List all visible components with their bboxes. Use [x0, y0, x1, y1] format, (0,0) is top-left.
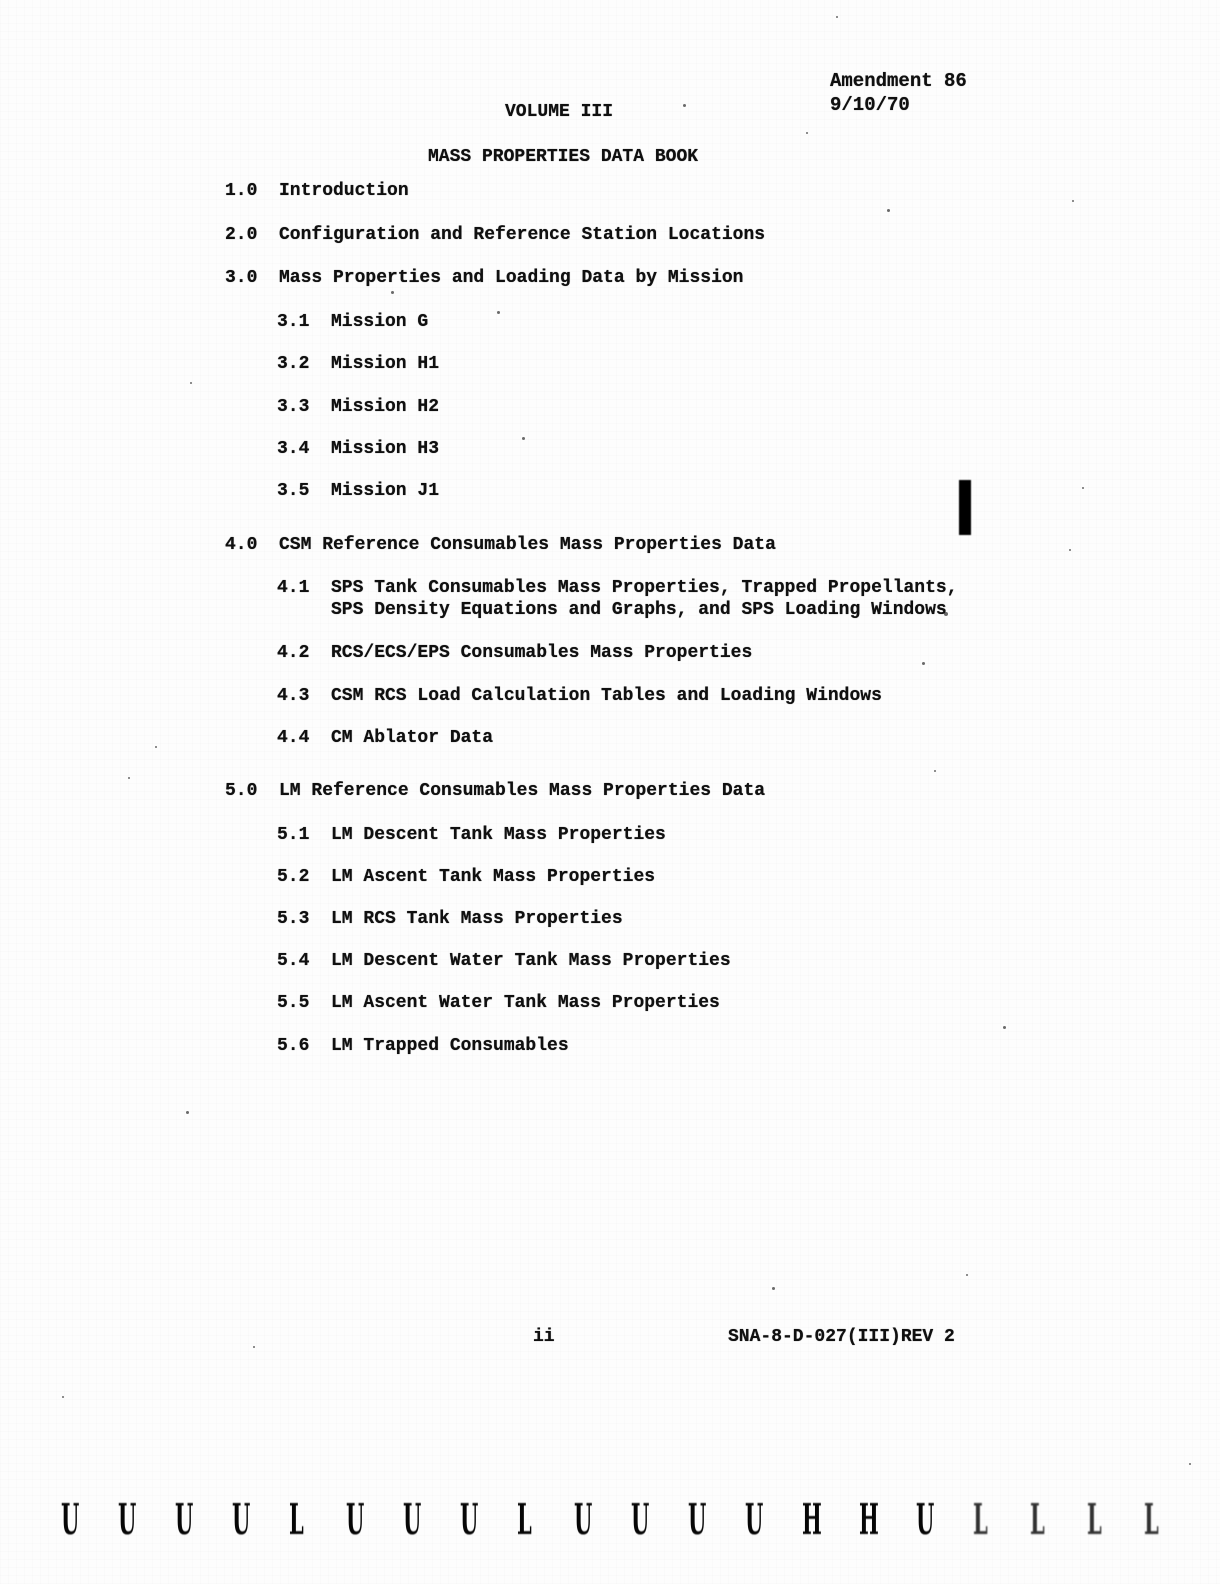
toc-item-number: 3.2 [277, 353, 331, 375]
toc-item-label: LM Reference Consumables Mass Properties… [279, 781, 765, 801]
film-edge-mark: U [745, 1500, 763, 1540]
toc-item-3.3: 3.3Mission H2 [277, 396, 439, 418]
toc-item-number: 4.2 [277, 642, 331, 664]
film-edge-mark: L [973, 1500, 988, 1540]
toc-item-label-line2: SPS Density Equations and Graphs, and SP… [331, 599, 958, 621]
page-number: ii [533, 1326, 555, 1348]
toc-item-5.2: 5.2LM Ascent Tank Mass Properties [277, 866, 655, 888]
toc-item-label: LM RCS Tank Mass Properties [331, 909, 623, 929]
toc-item-3.1: 3.1Mission G [277, 311, 428, 333]
toc-item-number: 5.3 [277, 908, 331, 930]
volume-title: VOLUME III [505, 101, 613, 123]
toc-item-label: LM Ascent Tank Mass Properties [331, 867, 655, 887]
toc-item-number: 4.3 [277, 685, 331, 707]
toc-item-4.0: 4.0CSM Reference Consumables Mass Proper… [225, 534, 776, 556]
toc-item-number: 3.4 [277, 438, 331, 460]
film-edge-mark: U [118, 1500, 136, 1540]
toc-item-number: 1.0 [225, 180, 279, 202]
toc-item-label: Introduction [279, 181, 409, 201]
toc-item-4.1: 4.1SPS Tank Consumables Mass Properties,… [277, 577, 958, 621]
book-title: MASS PROPERTIES DATA BOOK [428, 146, 698, 168]
toc-item-2.0: 2.0Configuration and Reference Station L… [225, 224, 765, 246]
scan-speck [1189, 1463, 1191, 1465]
scan-speck [391, 291, 394, 294]
toc-item-label: LM Descent Water Tank Mass Properties [331, 951, 731, 971]
toc-item-4.2: 4.2RCS/ECS/EPS Consumables Mass Properti… [277, 642, 752, 664]
scan-speck [128, 777, 130, 779]
film-edge-mark: U [346, 1500, 364, 1540]
scan-speck [190, 382, 192, 384]
film-edge-mark: U [403, 1500, 421, 1540]
toc-item-number: 5.2 [277, 866, 331, 888]
scan-speck [186, 1111, 189, 1114]
film-edge-mark: U [631, 1500, 649, 1540]
film-edge-mark: U [232, 1500, 250, 1540]
toc-item-label: Mission H2 [331, 397, 439, 417]
toc-item-label: LM Trapped Consumables [331, 1036, 569, 1056]
toc-item-number: 5.6 [277, 1035, 331, 1057]
toc-item-number: 5.4 [277, 950, 331, 972]
toc-item-number: 4.4 [277, 727, 331, 749]
toc-item-label: Mission G [331, 312, 428, 332]
toc-item-4.4: 4.4CM Ablator Data [277, 727, 493, 749]
toc-item-5.5: 5.5LM Ascent Water Tank Mass Properties [277, 992, 720, 1014]
toc-item-number: 5.0 [225, 780, 279, 802]
toc-item-number: 4.0 [225, 534, 279, 556]
film-edge-mark: L [289, 1500, 304, 1540]
toc-item-label: Mass Properties and Loading Data by Miss… [279, 268, 743, 288]
scan-speck [497, 311, 500, 314]
scan-speck [62, 1396, 64, 1398]
film-edge-mark: L [1087, 1500, 1102, 1540]
toc-item-label: Mission H1 [331, 354, 439, 374]
film-edge-mark: U [574, 1500, 592, 1540]
film-edge-mark: L [517, 1500, 532, 1540]
toc-item-3.0: 3.0Mass Properties and Loading Data by M… [225, 267, 743, 289]
scan-speck [887, 209, 890, 212]
toc-item-number: 5.5 [277, 992, 331, 1014]
toc-item-4.3: 4.3CSM RCS Load Calculation Tables and L… [277, 685, 882, 707]
scan-speck [944, 612, 948, 616]
scan-speck [683, 104, 686, 107]
scan-speck [1003, 1026, 1006, 1029]
scan-speck [1082, 487, 1084, 489]
toc-item-number: 3.5 [277, 480, 331, 502]
toc-item-3.5: 3.5Mission J1 [277, 480, 439, 502]
toc-item-3.4: 3.4Mission H3 [277, 438, 439, 460]
document-number: SNA-8-D-027(III)REV 2 [728, 1326, 955, 1348]
toc-item-5.6: 5.6LM Trapped Consumables [277, 1035, 569, 1057]
toc-item-1.0: 1.0Introduction [225, 180, 409, 202]
toc-item-number: 5.1 [277, 824, 331, 846]
toc-item-label: LM Ascent Water Tank Mass Properties [331, 993, 720, 1013]
amendment-label: Amendment 86 [830, 70, 967, 92]
toc-item-label: SPS Tank Consumables Mass Properties, Tr… [331, 578, 958, 598]
film-edge-mark: U [175, 1500, 193, 1540]
toc-item-5.3: 5.3LM RCS Tank Mass Properties [277, 908, 623, 930]
film-edge-mark: H [802, 1500, 822, 1540]
scan-speck [836, 16, 838, 18]
film-edge-mark: L [1144, 1500, 1159, 1540]
toc-item-label: CM Ablator Data [331, 728, 493, 748]
toc-item-label: Mission H3 [331, 439, 439, 459]
toc-item-label: CSM RCS Load Calculation Tables and Load… [331, 686, 882, 706]
toc-item-5.4: 5.4LM Descent Water Tank Mass Properties [277, 950, 731, 972]
toc-item-label: Mission J1 [331, 481, 439, 501]
toc-item-label: CSM Reference Consumables Mass Propertie… [279, 535, 776, 555]
toc-item-number: 3.0 [225, 267, 279, 289]
scan-speck [155, 746, 157, 748]
scan-speck [806, 132, 808, 134]
toc-item-label: RCS/ECS/EPS Consumables Mass Properties [331, 643, 752, 663]
scan-speck [253, 1346, 255, 1348]
scan-speck [1069, 549, 1071, 551]
toc-item-5.1: 5.1LM Descent Tank Mass Properties [277, 824, 666, 846]
film-edge-mark: U [61, 1500, 79, 1540]
film-edge-mark: U [688, 1500, 706, 1540]
toc-item-number: 3.3 [277, 396, 331, 418]
toc-item-label: Configuration and Reference Station Loca… [279, 225, 765, 245]
toc-item-5.0: 5.0LM Reference Consumables Mass Propert… [225, 780, 765, 802]
film-edge-mark: U [916, 1500, 934, 1540]
toc-item-3.2: 3.2Mission H1 [277, 353, 439, 375]
scan-speck [934, 770, 936, 772]
scan-speck [1072, 200, 1074, 202]
scan-speck [522, 437, 525, 440]
toc-item-label: LM Descent Tank Mass Properties [331, 825, 666, 845]
amendment-date: 9/10/70 [830, 94, 910, 116]
change-bar [959, 480, 971, 535]
toc-item-number: 2.0 [225, 224, 279, 246]
document-page: Amendment 86 9/10/70 VOLUME III MASS PRO… [0, 0, 1220, 1584]
toc-item-number: 4.1 [277, 577, 331, 599]
film-edge-mark: U [460, 1500, 478, 1540]
scan-speck [922, 662, 925, 665]
scan-speck [772, 1287, 775, 1290]
film-edge-mark: H [859, 1500, 879, 1540]
film-edge-mark: L [1030, 1500, 1045, 1540]
scan-speck [966, 1274, 968, 1276]
toc-item-number: 3.1 [277, 311, 331, 333]
